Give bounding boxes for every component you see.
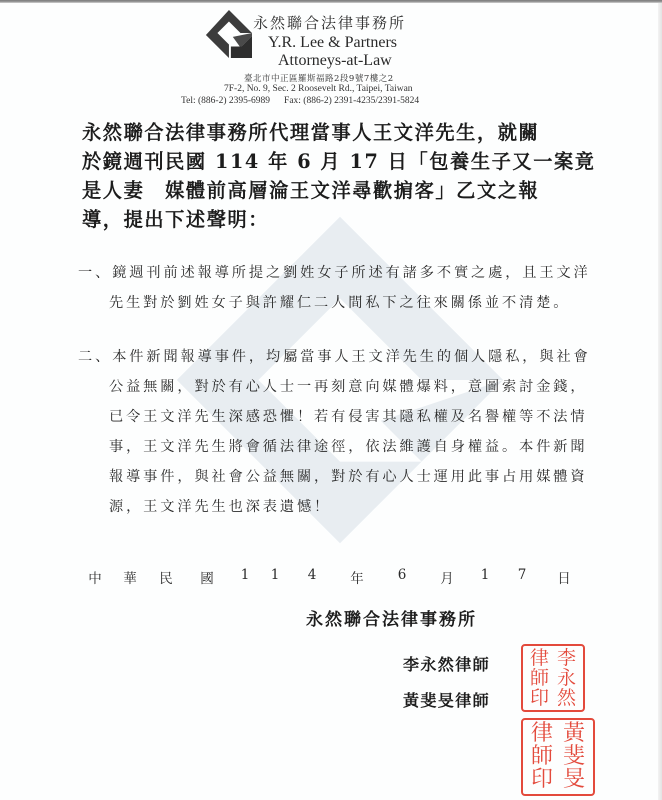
firm-name-cn: 永然聯合法律事務所 (253, 12, 406, 33)
date-char: 華 (112, 567, 148, 587)
date-char: 4 (290, 567, 334, 587)
item-line: 報導事件，與社會公益無關，對於有心人士運用此事占用媒體資 (78, 462, 598, 492)
item-line: 鏡週刊前述報導所提之劉姓女子所述有諸多不實之處，且王文洋 (112, 265, 590, 281)
statement-item-2: 二、本件新聞報導事件，均屬當事人王文洋先生的個人隱私，與社會 公益無關，對於有心… (78, 342, 598, 522)
intro-line: 永然聯合法律事務所代理當事人王文洋先生，就關 (82, 118, 582, 147)
fax: Fax: (886-2) 2391-4235/2391-5824 (284, 96, 419, 106)
date-char: 中 (78, 567, 112, 587)
seal-stamp-icon: 律 師 印 黃 斐 旻 (521, 718, 595, 796)
date-char: 國 (184, 567, 230, 587)
date-char: 年 (334, 567, 380, 587)
item-line: 事，王文洋先生將會循法律途徑，依法維護自身權益。本件新聞 (78, 432, 598, 462)
page-edge (658, 3, 662, 800)
date-char: 7 (500, 567, 544, 587)
address-cn: 臺北市中正區羅斯福路2段9號7樓之2 (244, 72, 394, 84)
seal-char: 斐 (558, 745, 590, 768)
date-char: 6 (380, 567, 424, 587)
seal-char: 印 (526, 688, 553, 708)
date-char: 日 (544, 567, 584, 587)
seal-char: 李 (553, 648, 580, 668)
telephone: Tel: (886-2) 2395-6989 (181, 96, 270, 106)
statement-date: 中 華 民 國 1 1 4 年 6 月 1 7 日 (78, 567, 638, 587)
seal-char: 旻 (558, 769, 590, 792)
seal-char: 永 (553, 668, 580, 688)
intro-line: 導，提出下述聲明： (82, 205, 582, 234)
item-number: 一、 (78, 265, 112, 281)
item-line: 先生對於劉姓女子與許耀仁二人間私下之往來關係並不清楚。 (78, 288, 598, 318)
firm-logo-icon (204, 10, 252, 58)
seal-char: 師 (526, 668, 553, 688)
item-line: 公益無關，對於有心人士一再刻意向媒體爆料，意圖索討金錢， (78, 372, 598, 402)
firm-role: Attorneys-at-Law (278, 52, 392, 70)
seal-char: 黃 (558, 722, 590, 745)
item-line: 已令王文洋先生深感恐懼！若有侵害其隱私權及名譽權等不法情 (78, 402, 598, 432)
seal-char: 印 (526, 769, 558, 792)
date-char: 1 (470, 567, 500, 587)
seal-stamp-icon: 律 師 印 李 永 然 (521, 644, 585, 712)
intro-line: 於鏡週刊民國 114 年 6 月 17 日「包養生子又一案竟 (82, 147, 582, 176)
date-char: 月 (424, 567, 470, 587)
firm-name-en: Y.R. Lee & Partners (268, 34, 397, 52)
date-char: 1 (230, 567, 260, 587)
date-char: 民 (148, 567, 184, 587)
item-line: 源，王文洋先生也深表遺憾！ (78, 492, 598, 522)
seal-char: 律 (526, 648, 553, 668)
intro-line: 是人妻 媒體前高層淪王文洋尋歡掮客」乙文之報 (82, 176, 582, 205)
item-line: 本件新聞報導事件，均屬當事人王文洋先生的個人隱私，與社會 (112, 349, 590, 365)
item-number: 二、 (78, 349, 112, 365)
seal-char: 然 (553, 688, 580, 708)
signature-firm: 永然聯合法律事務所 (306, 605, 477, 630)
letterhead: 永然聯合法律事務所 Y.R. Lee & Partners Attorneys-… (0, 6, 662, 106)
address-en: 7F-2, No. 9, Sec. 2 Roosevelt Rd., Taipe… (224, 84, 413, 94)
statement-intro: 永然聯合法律事務所代理當事人王文洋先生，就關 於鏡週刊民國 114 年 6 月 … (82, 118, 582, 234)
statement-item-1: 一、鏡週刊前述報導所提之劉姓女子所述有諸多不實之處，且王文洋 先生對於劉姓女子與… (78, 258, 598, 318)
seal-char: 律 (526, 722, 558, 745)
lawyer-name: 李永然律師 (403, 652, 490, 675)
seal-char: 師 (526, 745, 558, 768)
lawyer-name: 黃斐旻律師 (403, 688, 490, 711)
date-char: 1 (260, 567, 290, 587)
contact-info: Tel: (886-2) 2395-6989Fax: (886-2) 2391-… (181, 96, 419, 106)
